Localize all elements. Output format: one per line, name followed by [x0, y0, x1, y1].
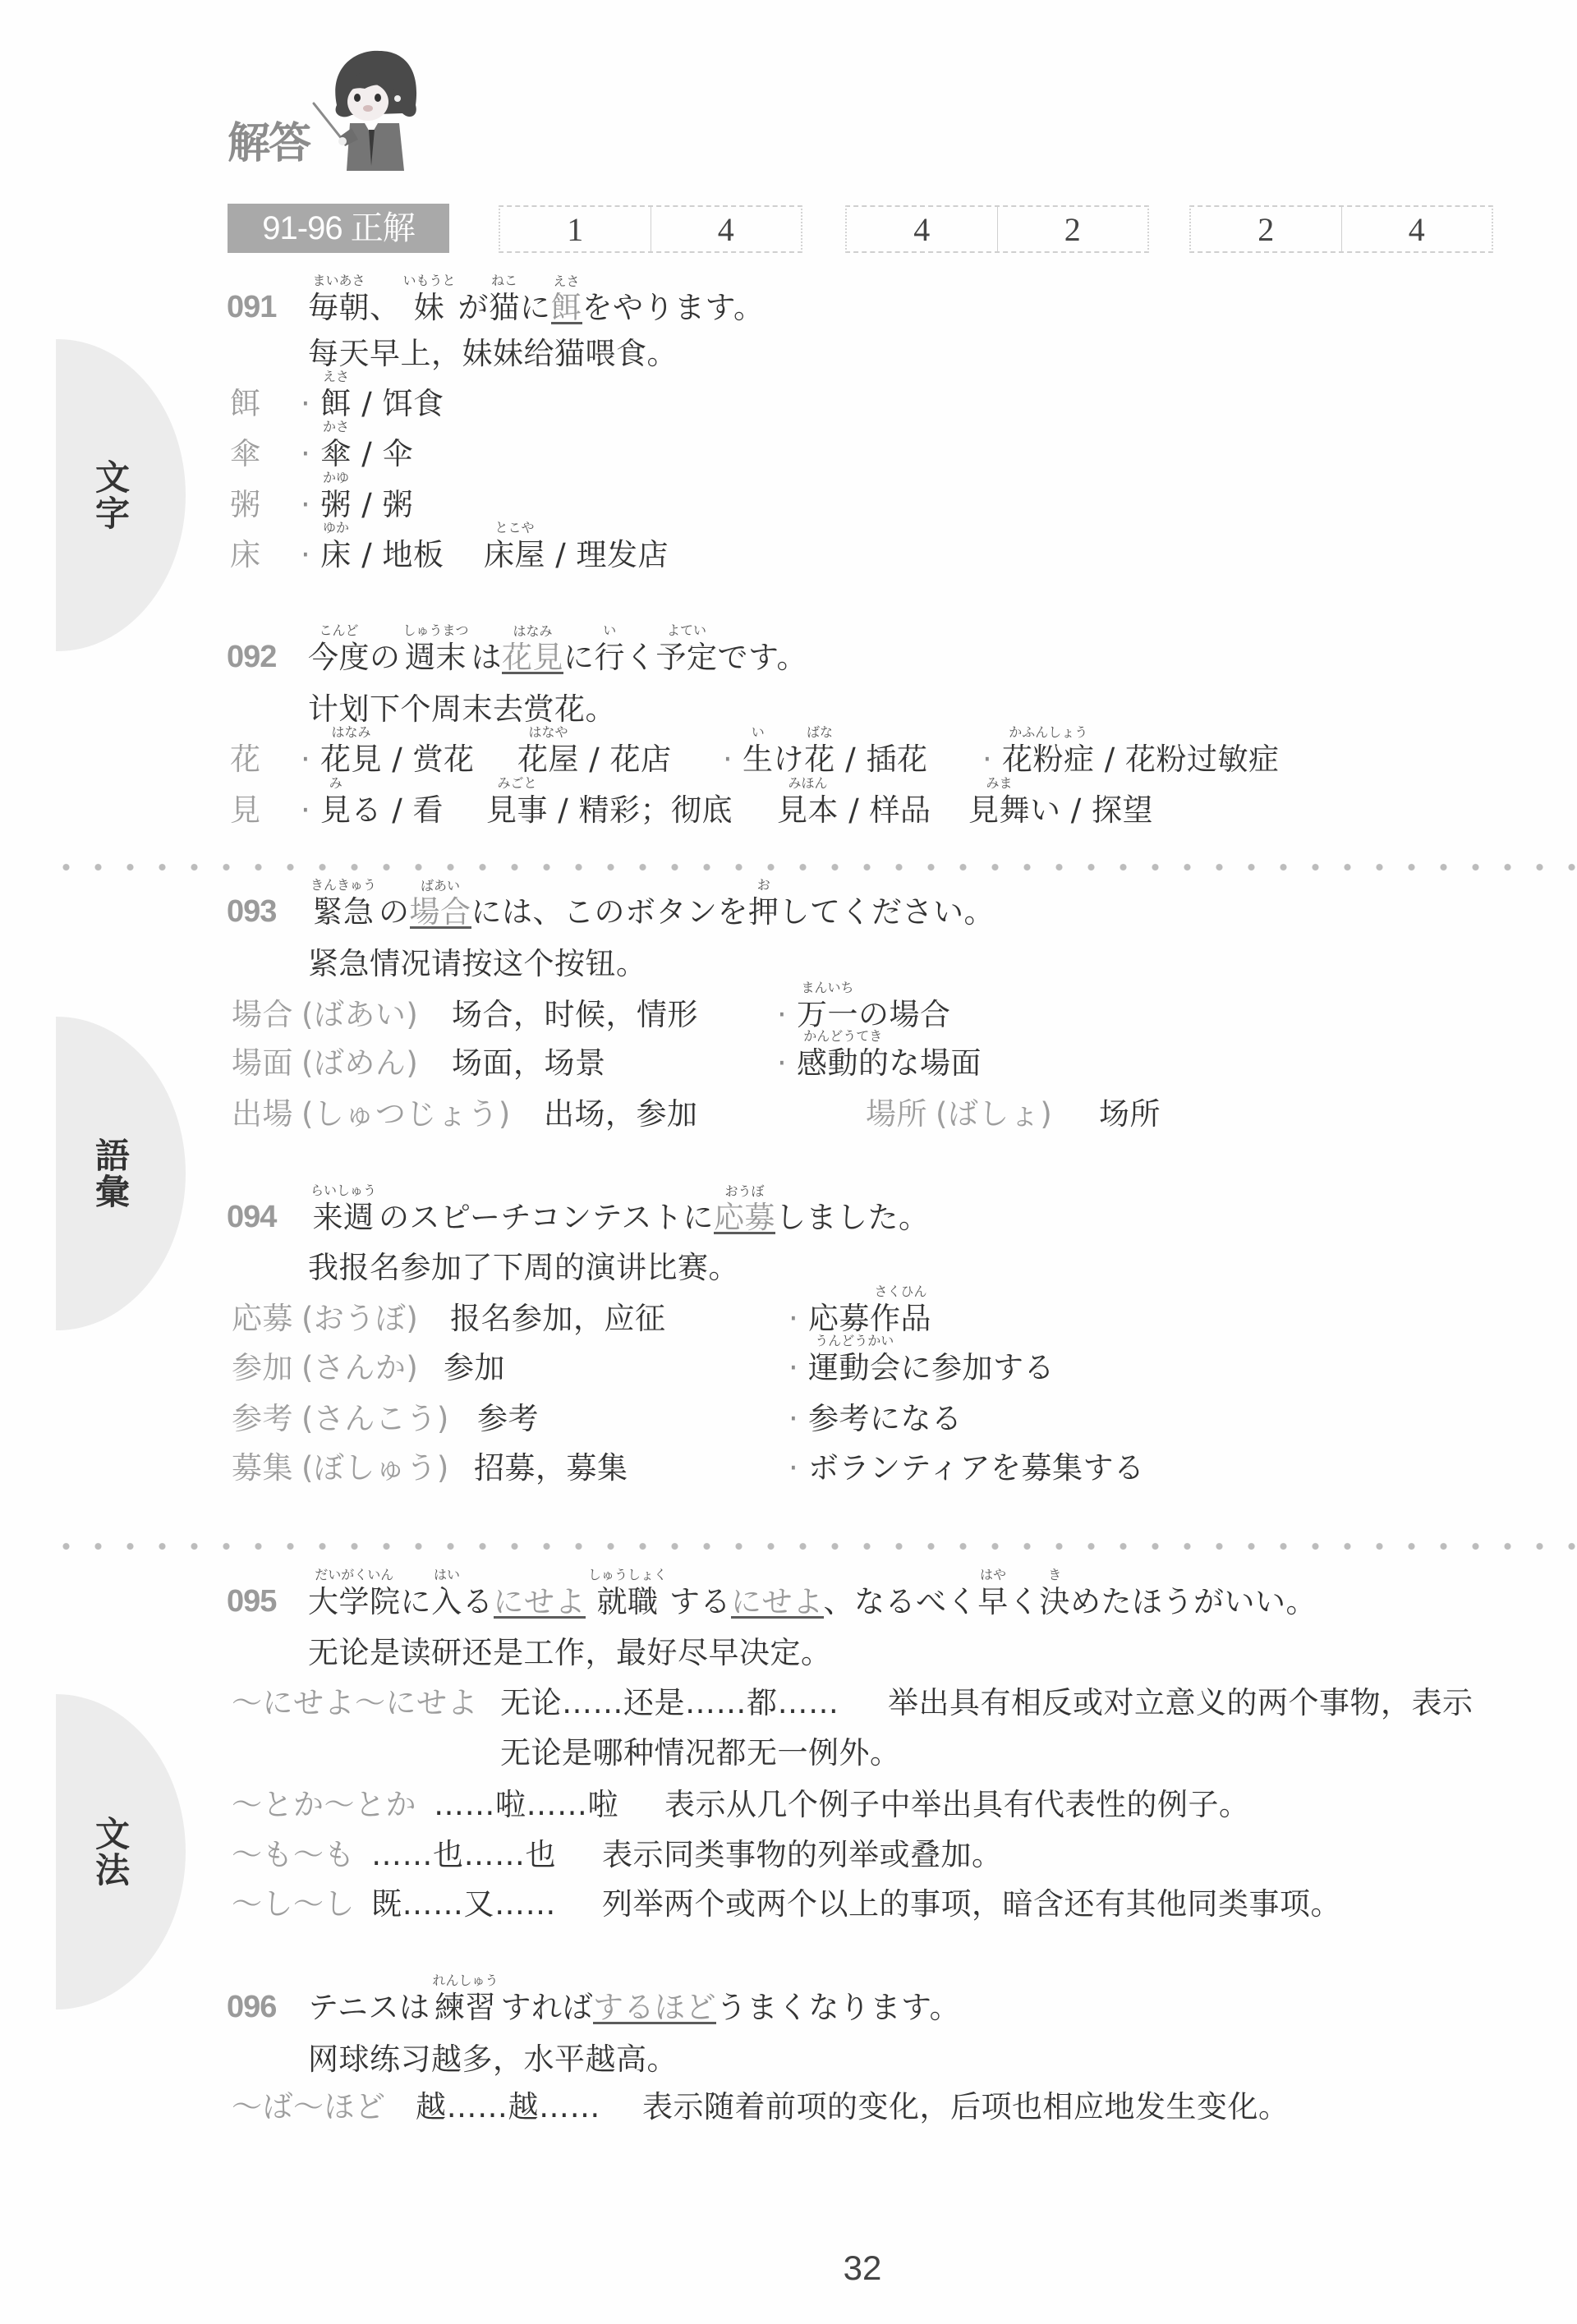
grammar-pattern: ～ば～ほど: [232, 2092, 386, 2122]
kanji-example: ·粥かゆ / 粥: [301, 489, 413, 520]
side-tab-label: 文法: [85, 1816, 135, 1888]
vocab-term: 場面(ばめん): [232, 1048, 418, 1078]
answer-word: にせよ: [731, 1587, 824, 1619]
text-segment: い / 探望: [1030, 792, 1153, 828]
sentence-translation: 计划下个周末去赏花。: [308, 694, 616, 724]
furigana: よてい: [632, 624, 743, 637]
page-number: 32: [821, 2248, 903, 2288]
bullet-icon: ·: [788, 1303, 808, 1334]
answer-group-2: 4 2: [845, 205, 1149, 253]
ruby-word: 床ゆか: [320, 540, 352, 570]
text-segment: け: [774, 742, 805, 777]
furigana: しゅうしょく: [561, 1568, 694, 1582]
furigana: とこや: [459, 521, 570, 535]
text-segment: には、このボタンを: [471, 894, 749, 930]
text-segment: く: [1009, 1584, 1040, 1619]
side-tab-label: 文字: [85, 459, 135, 531]
furigana: かゆ: [296, 471, 376, 485]
furigana: さくひん: [845, 1285, 956, 1298]
bullet-icon: ·: [301, 540, 320, 570]
grammar-gloss: 无论……还是……都……: [500, 1688, 839, 1718]
vocab-term: 募集(ぼしゅう): [232, 1453, 449, 1483]
vocab-reading: (さんこう): [293, 1401, 449, 1436]
ruby-word: 今度こんど: [308, 642, 370, 673]
furigana: みほん: [752, 777, 863, 790]
kanji-label: 粥: [230, 489, 261, 520]
grammar-gloss: 既……又……: [371, 1889, 556, 1919]
text-segment: の: [370, 640, 401, 675]
ruby-word: 行い: [595, 642, 626, 673]
kanji-label: 花: [230, 744, 261, 774]
ruby-word: 感動的かんどうてき: [797, 1048, 890, 1078]
furigana: えさ: [526, 275, 607, 288]
sentence-translation: 无论是读研还是工作，最好尽早决定。: [308, 1637, 832, 1668]
text-segment: 参考になる: [808, 1401, 963, 1436]
sentence-translation: 紧急情况请按这个按钮。: [308, 948, 647, 979]
vocab-word: 場合: [232, 997, 293, 1032]
vocab-word: 募集: [232, 1450, 293, 1486]
bullet-icon: ·: [788, 1453, 808, 1483]
ruby-word: 作品さくひん: [870, 1303, 931, 1334]
ruby-word: 毎朝まいあさ: [308, 292, 370, 323]
vocab-meaning: 出场，参加: [544, 1099, 698, 1129]
ruby-word: 餌えさ: [320, 388, 352, 419]
text-segment: しました。: [775, 1200, 930, 1235]
grammar-pattern: ～し～し: [232, 1889, 355, 1919]
furigana: れんしゅう: [406, 1974, 526, 1987]
grammar-description: 举出具有相反或对立意义的两个事物，表示: [888, 1688, 1474, 1718]
text-segment: / 赏花: [382, 742, 475, 777]
answer-page: 文字 語彙 文法 解答 91-96 正解 1 4 4 2 2 4 091 毎朝ま…: [0, 0, 1577, 2324]
grammar-pattern: ～とか～とか: [232, 1789, 416, 1820]
question-sentence: 大学院だいがくいんに入はいるにせよ就職しゅうしょくするにせよ、なるべく早はやく決…: [308, 1587, 1317, 1619]
text-segment: が: [458, 290, 490, 325]
ruby-word: 床屋とこや: [484, 540, 545, 570]
grammar-gloss: ……也……也: [371, 1839, 556, 1870]
furigana: はなみ: [296, 726, 407, 739]
text-segment: 、: [370, 290, 401, 325]
answer-word: 花見はなみ: [502, 643, 563, 674]
furigana: みごと: [462, 777, 572, 790]
answer-range-label: 91-96 正解: [228, 204, 449, 253]
furigana: ゆか: [296, 521, 376, 535]
ruby-word: 押お: [748, 897, 779, 927]
side-tab-label: 語彙: [85, 1137, 135, 1210]
sentence-translation: 我报名参加了下周的演讲比赛。: [308, 1252, 739, 1283]
vocab-term: 出場(しゅつじょう): [232, 1099, 511, 1129]
grammar-pattern: ～にせよ～にせよ: [232, 1688, 478, 1718]
vocab-word: 場面: [232, 1045, 293, 1081]
kanji-example: ·花粉症かふんしょう / 花粉过敏症: [982, 744, 1280, 774]
question-number: 094: [227, 1202, 276, 1233]
ruby-word: 花ばな: [804, 744, 835, 774]
vocab-reading: (ばしょ): [927, 1096, 1052, 1132]
vocab-example: ·参考になる: [788, 1403, 963, 1434]
answer-word: 応募おうぼ: [714, 1203, 775, 1234]
dotted-divider: [50, 862, 1577, 872]
text-segment: る / 看: [352, 792, 444, 828]
text-segment: / 样品: [839, 792, 931, 828]
ruby-word: 花粉症かふんしょう: [1002, 744, 1095, 774]
text-segment: の場合: [858, 997, 951, 1032]
ruby-word: 運動会うんどうかい: [808, 1353, 901, 1383]
dotted-divider: [50, 1541, 1577, 1551]
grammar-description: 表示从几个例子中举出具有代表性的例子。: [664, 1789, 1250, 1820]
bullet-icon: ·: [982, 744, 1002, 774]
grammar-description: 表示同类事物的列举或叠加。: [602, 1839, 1003, 1870]
vocab-example: ·応募作品さくひん: [788, 1303, 931, 1334]
answer-cell: 4: [847, 207, 997, 251]
grammar-description: 列举两个或两个以上的事项，暗含还有其他同类事项。: [602, 1889, 1341, 1919]
answer-word: 場合ばあい: [410, 898, 471, 929]
furigana: まんいち: [772, 981, 883, 994]
ruby-word: 入はい: [431, 1587, 462, 1617]
text-segment: / 地板: [352, 537, 444, 572]
kanji-example: ·花見はなみ / 赏花: [301, 744, 475, 774]
answer-cell: 2: [997, 207, 1148, 251]
furigana: ばあい: [385, 880, 496, 893]
vocab-reading: (さんか): [293, 1350, 418, 1385]
furigana: はい: [407, 1568, 487, 1582]
ruby-word: 早はや: [977, 1587, 1009, 1617]
vocab-reading: (ばあい): [293, 997, 418, 1032]
furigana: だいがくいん: [283, 1568, 425, 1582]
ruby-word: 生い: [743, 744, 774, 774]
furigana: えさ: [296, 370, 376, 384]
furigana: み: [296, 777, 376, 790]
vocab-reading: (おうぼ): [293, 1301, 418, 1336]
furigana: お: [724, 879, 804, 892]
vocab-example: ·運動会うんどうかいに参加する: [788, 1353, 1055, 1383]
bullet-icon: ·: [301, 388, 320, 419]
question-number: 092: [227, 642, 276, 673]
text-segment: な場面: [890, 1045, 982, 1081]
answer-cell: 4: [651, 207, 802, 251]
text-segment: / 理发店: [545, 537, 669, 572]
vocab-meaning: 场面，场景: [452, 1048, 606, 1078]
ruby-word: 妹いもうと: [401, 292, 458, 323]
text-segment: / 精彩；彻底: [548, 792, 733, 828]
vocab-meaning: 参考: [477, 1403, 539, 1434]
vocab-reading: (しゅつじょう): [293, 1096, 511, 1132]
kanji-example: ·見みる / 看: [301, 795, 444, 825]
answer-word: 餌えさ: [551, 293, 582, 324]
sentence-translation: 网球练习越多，水平越高。: [308, 2044, 678, 2074]
side-tab-goi: 語彙: [56, 1017, 186, 1330]
answer-group-3: 2 4: [1189, 205, 1493, 253]
vocab-term: 応募(おうぼ): [232, 1303, 418, 1334]
kanji-example: ·傘かさ / 伞: [301, 439, 413, 469]
furigana: き: [1015, 1568, 1096, 1582]
furigana: ばな: [779, 726, 860, 739]
vocab-word: 出場: [232, 1096, 293, 1132]
kanji-example: 花屋はなや / 花店: [517, 744, 672, 774]
teacher-mascot-icon: [312, 41, 444, 185]
text-segment: は: [471, 640, 503, 675]
vocab-example: ·感動的かんどうてきな場面: [777, 1048, 982, 1078]
kanji-example: ·生いけ花ばな / 插花: [723, 744, 928, 774]
grammar-description-cont: 无论是哪种情况都无一例外。: [500, 1738, 901, 1768]
bullet-icon: ·: [301, 489, 320, 520]
bullet-icon: ·: [777, 999, 797, 1030]
answer-cell: 1: [500, 207, 651, 251]
furigana: らいしゅう: [283, 1184, 403, 1197]
vocab-term: 場合(ばあい): [232, 999, 418, 1030]
furigana: おうぼ: [689, 1185, 800, 1198]
bullet-icon: ·: [301, 795, 320, 825]
bullet-icon: ·: [723, 744, 743, 774]
question-sentence: 毎朝まいあさ、妹いもうとが猫ねこに餌えさをやります。: [308, 292, 765, 324]
answer-word: にせよ: [494, 1587, 586, 1619]
vocab-meaning: 参加: [444, 1353, 505, 1383]
ruby-word: 見事みごと: [486, 795, 548, 825]
text-segment: る: [462, 1584, 494, 1619]
kanji-label: 床: [230, 540, 261, 570]
text-segment: です。: [718, 640, 808, 675]
related-vocab-meaning: 场所: [1099, 1099, 1161, 1129]
ruby-word: 週末しゅうまつ: [401, 642, 471, 673]
vocab-word: 参加: [232, 1350, 293, 1385]
question-sentence: 来週らいしゅうのスピーチコンテストに応募おうぼしました。: [308, 1202, 930, 1234]
text-segment: に参加する: [901, 1350, 1055, 1385]
ruby-word: 決き: [1040, 1587, 1071, 1617]
vocab-meaning: 报名参加，应征: [450, 1303, 666, 1334]
vocab-term: 参加(さんか): [232, 1353, 418, 1383]
ruby-word: 就職しゅうしょく: [586, 1587, 669, 1617]
text-segment: / 粥: [352, 487, 413, 522]
ruby-word: 傘かさ: [320, 439, 352, 469]
vocab-reading: (ばめん): [293, 1045, 418, 1081]
text-segment: のスピーチコンテストに: [379, 1200, 714, 1235]
vocab-example: ·万一まんいちの場合: [777, 999, 951, 1030]
vocab-term: 参考(さんこう): [232, 1403, 449, 1434]
kanji-label: 傘: [230, 439, 261, 469]
furigana: みま: [944, 777, 1055, 790]
vocab-meaning: 招募，募集: [474, 1453, 628, 1483]
side-tab-bunpo: 文法: [56, 1694, 186, 2009]
text-segment: / 花店: [579, 742, 672, 777]
furigana: はなや: [493, 726, 604, 739]
bullet-icon: ·: [301, 744, 320, 774]
kanji-example: 見事みごと / 精彩；彻底: [486, 795, 733, 825]
furigana: かんどうてき: [772, 1030, 914, 1043]
vocab-meaning: 场合，时候，情形: [452, 999, 698, 1030]
text-segment: 、なるべく: [824, 1584, 978, 1619]
kanji-label: 見: [230, 795, 261, 825]
kanji-example: 見舞みまい / 探望: [968, 795, 1153, 825]
grammar-gloss: ……啦……啦: [434, 1789, 618, 1820]
side-tab-moji: 文字: [56, 339, 186, 651]
text-segment: をやります。: [582, 290, 765, 325]
ruby-word: 予定よてい: [656, 642, 718, 673]
kanji-label: 餌: [230, 388, 261, 419]
text-segment: に: [520, 290, 551, 325]
text-segment: してください。: [779, 894, 995, 930]
vocab-reading: (ぼしゅう): [293, 1450, 449, 1486]
sentence-translation: 每天早上，妹妹给猫喂食。: [308, 338, 678, 369]
text-segment: すれば: [501, 1990, 594, 2025]
text-segment: に: [401, 1584, 432, 1619]
text-segment: く: [625, 640, 656, 675]
ruby-word: 大学院だいがくいん: [308, 1587, 401, 1617]
question-number: 096: [227, 1992, 276, 2023]
text-segment: / 插花: [835, 742, 928, 777]
grammar-gloss: 越……越……: [416, 2092, 600, 2122]
vocab-word: 場所: [866, 1096, 927, 1132]
ruby-word: 練習れんしゅう: [430, 1992, 501, 2023]
furigana: かふんしょう: [977, 726, 1120, 739]
ruby-word: 来週らいしゅう: [308, 1202, 379, 1233]
ruby-word: 猫ねこ: [489, 292, 520, 323]
question-sentence: 緊急きんきゅうの場合ばあいには、このボタンを押おしてください。: [308, 897, 995, 929]
question-number: 093: [227, 897, 276, 927]
text-segment: うまくなります。: [716, 1990, 960, 2025]
ruby-word: 粥かゆ: [320, 489, 352, 520]
text-segment: する: [669, 1584, 731, 1619]
ruby-word: 緊急きんきゅう: [308, 897, 379, 927]
kanji-example: 床屋とこや / 理发店: [484, 540, 669, 570]
answer-group-1: 1 4: [499, 205, 802, 253]
bullet-icon: ·: [788, 1353, 808, 1383]
text-segment: / 饵食: [352, 386, 444, 421]
bullet-icon: ·: [777, 1048, 797, 1078]
answer-word: するほど: [593, 1993, 716, 2024]
text-segment: ボランティアを募集する: [808, 1450, 1145, 1486]
grammar-description: 表示随着前项的变化，后项也相应地发生变化。: [642, 2092, 1290, 2122]
ruby-word: 万一まんいち: [797, 999, 858, 1030]
bullet-icon: ·: [788, 1403, 808, 1434]
text-segment: / 伞: [352, 436, 413, 471]
question-sentence: 今度こんどの週末しゅうまつは花見はなみに行いく予定よていです。: [308, 642, 807, 674]
ruby-word: 見舞みま: [968, 795, 1030, 825]
text-segment: に: [563, 640, 595, 675]
text-segment: 応募: [808, 1301, 870, 1336]
text-segment: テニスは: [308, 1990, 430, 2025]
ruby-word: 花見はなみ: [320, 744, 382, 774]
kanji-example: ·床ゆか / 地板: [301, 540, 444, 570]
answer-cell: 2: [1191, 207, 1341, 251]
text-segment: の: [379, 894, 410, 930]
furigana: かさ: [296, 420, 376, 434]
related-vocab-term: 場所(ばしょ): [866, 1099, 1052, 1129]
question-number: 095: [227, 1587, 276, 1617]
vocab-word: 参考: [232, 1401, 293, 1436]
text-segment: / 花粉过敏症: [1095, 742, 1280, 777]
vocab-word: 応募: [232, 1301, 293, 1336]
bullet-icon: ·: [301, 439, 320, 469]
grammar-pattern: ～も～も: [232, 1839, 355, 1870]
kanji-example: 見本みほん / 样品: [777, 795, 931, 825]
furigana: うんどうかい: [784, 1334, 926, 1348]
ruby-word: 見み: [320, 795, 352, 825]
vocab-example: ·ボランティアを募集する: [788, 1453, 1145, 1483]
kanji-example: ·餌えさ / 饵食: [301, 388, 444, 419]
question-sentence: テニスは練習れんしゅうすればするほどうまくなります。: [308, 1992, 960, 2024]
section-title: 解答: [228, 120, 310, 168]
ruby-word: 花屋はなや: [517, 744, 579, 774]
answer-cell: 4: [1341, 207, 1492, 251]
question-number: 091: [227, 292, 276, 323]
text-segment: めたほうがいい。: [1070, 1584, 1317, 1619]
ruby-word: 見本みほん: [777, 795, 839, 825]
